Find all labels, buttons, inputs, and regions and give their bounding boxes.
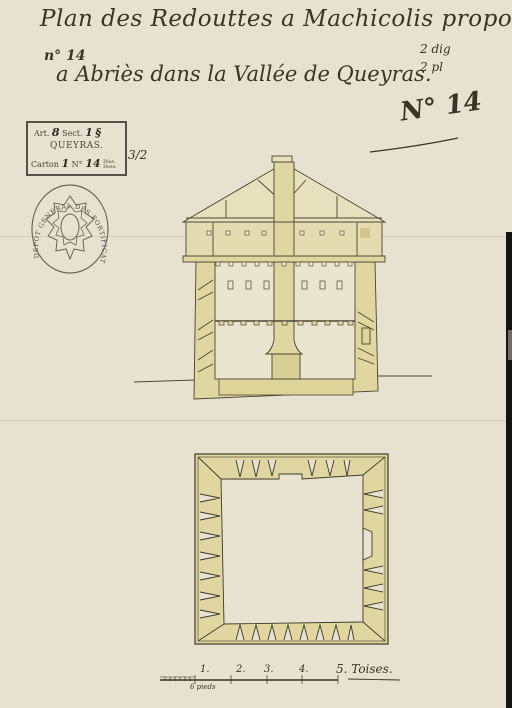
scale-tick-2: 2.: [236, 664, 246, 675]
scale-end-label: 5. Toises.: [336, 662, 393, 676]
seal-text: DEPOT GENERAL DES FORTIFICATIONS: [0, 0, 108, 265]
plan-drawing: [195, 454, 388, 644]
scale-sub-label: 6 pieds: [190, 683, 216, 691]
fortifications-seal: DEPOT GENERAL DES FORTIFICATIONS: [0, 0, 108, 273]
svg-text:DEPOT GENERAL DES FORTIFICATIO: DEPOT GENERAL DES FORTIFICATIONS: [0, 0, 108, 265]
elevation-drawing: [134, 156, 432, 399]
flourish-line: [370, 138, 458, 152]
scale-tick-1: 1.: [200, 664, 210, 675]
scale-tick-3: 3.: [264, 664, 274, 675]
drawing-canvas: DEPOT GENERAL DES FORTIFICATIONS: [0, 0, 512, 708]
scale-tick-4: 4.: [299, 664, 309, 675]
